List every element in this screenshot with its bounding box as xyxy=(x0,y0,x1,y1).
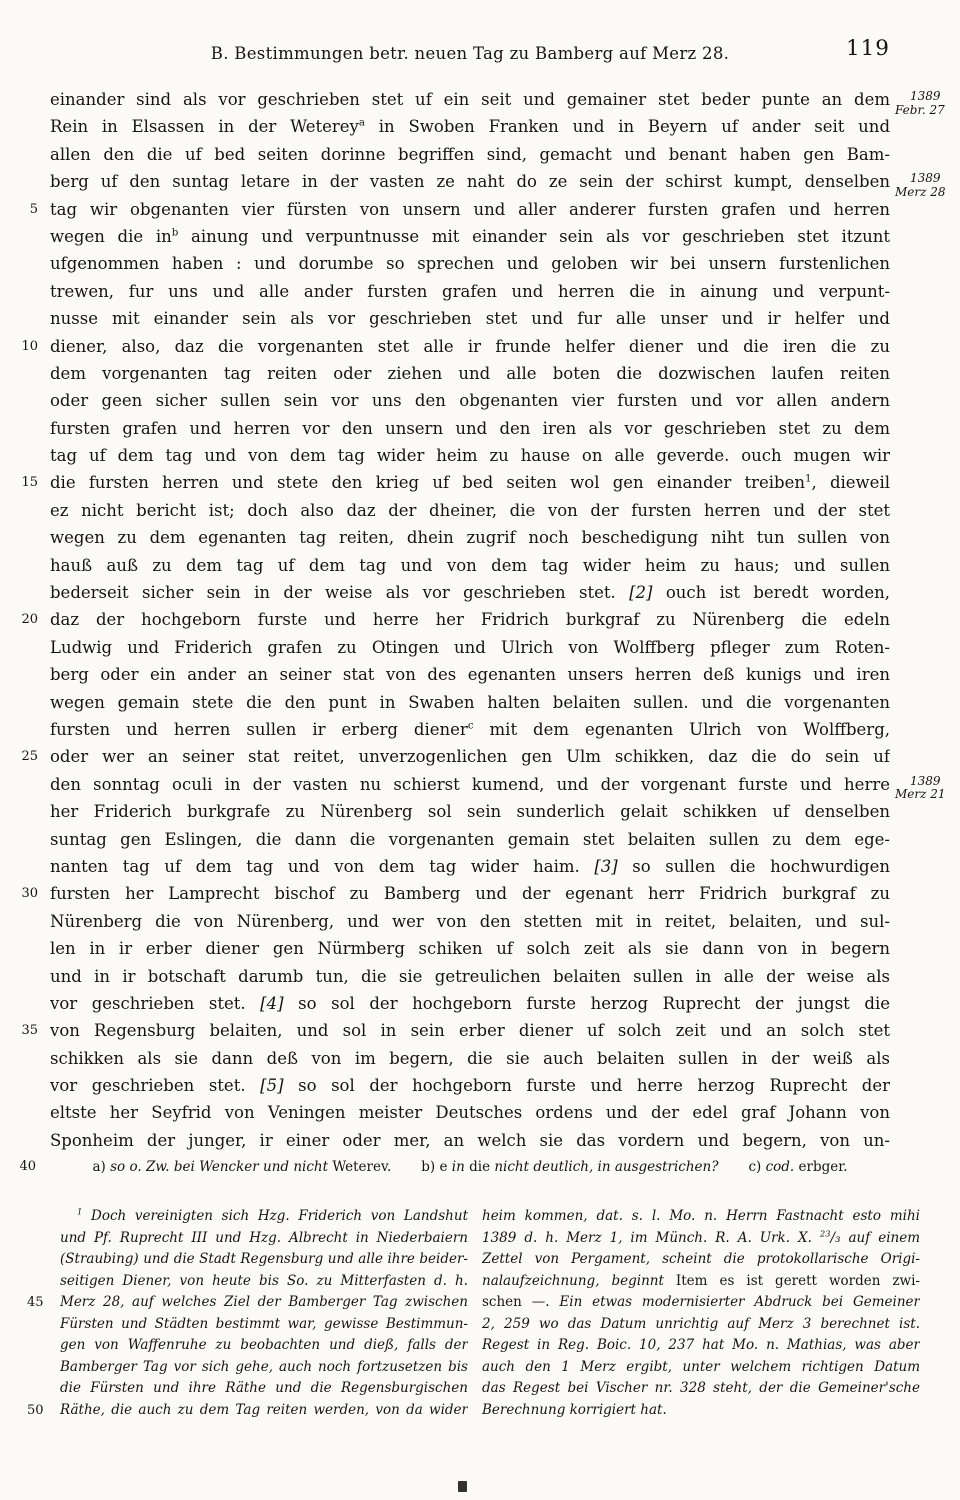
line-number xyxy=(0,360,50,387)
text-line-row: und in ir botschaft darumb tun, die sie … xyxy=(0,963,960,990)
line-number xyxy=(0,908,50,935)
text-line: und in ir botschaft darumb tun, die sie … xyxy=(50,963,890,990)
footnote-line: Merz 28, auf welches Ziel der Bamberger … xyxy=(60,1292,468,1314)
margin-date xyxy=(890,442,960,469)
text-line-row: Ludwig und Friderich grafen zu Otingen u… xyxy=(0,634,960,661)
line-number: 40 xyxy=(0,1157,50,1177)
margin-date xyxy=(890,278,960,305)
text-line: her Friderich burkgrafe zu Nürenberg sol… xyxy=(50,798,890,825)
text-line: berg oder ein ander an seiner stat von d… xyxy=(50,661,890,688)
scanned-book-page: B. Bestimmungen betr. neuen Tag zu Bambe… xyxy=(0,0,960,1500)
text-line: wegen gemain stete die den punt in Swabe… xyxy=(50,689,890,716)
line-number xyxy=(0,223,50,250)
text-line-row: vor geschrieben stet. [5] so sol der hoc… xyxy=(0,1072,960,1099)
footnote-column-left: 1 Doch vereinigten sich Hzg. Friderich v… xyxy=(60,1206,482,1421)
footnote-line: gen von Waffenruhe zu beobachten und die… xyxy=(60,1335,468,1357)
line-number: 15 xyxy=(0,469,50,496)
text-line: den sonntag oculi in der vasten nu schie… xyxy=(50,771,890,798)
apparatus-entry: c) cod. erbger. xyxy=(748,1157,847,1177)
footnote-line: Zettel von Pergament, scheint die protok… xyxy=(482,1249,920,1271)
margin-date-line: 1389 xyxy=(910,771,960,789)
line-number xyxy=(0,113,50,140)
text-line-row: 25oder wer an seiner stat reitet, unverz… xyxy=(0,743,960,770)
line-number: 50 xyxy=(27,1400,44,1422)
margin-date: 1389Merz 21 xyxy=(890,771,960,798)
apparatus-entry: b) e in die nicht deutlich, in ausgestri… xyxy=(421,1157,718,1177)
text-line-row: fursten grafen und herren vor den unsern… xyxy=(0,415,960,442)
text-line: hauß auß zu dem tag uf dem tag und von d… xyxy=(50,552,890,579)
line-number xyxy=(0,990,50,1017)
scan-artifact xyxy=(458,1481,467,1492)
line-number xyxy=(0,305,50,332)
footnote-line: 1 Doch vereinigten sich Hzg. Friderich v… xyxy=(60,1206,468,1228)
text-line-row: Sponheim der junger, ir einer oder mer, … xyxy=(0,1127,960,1154)
line-number: 5 xyxy=(0,196,50,223)
text-line: wegen zu dem egenanten tag reiten, dhein… xyxy=(50,524,890,551)
text-line: ufgenommen haben : und dorumbe so sprech… xyxy=(50,250,890,277)
footnote-line: 1389 d. h. Merz 1, im Münch. R. A. Urk. … xyxy=(482,1228,920,1250)
text-line-row: len in ir erber diener gen Nürmberg schi… xyxy=(0,935,960,962)
margin-date xyxy=(890,661,960,688)
line-number xyxy=(0,771,50,798)
line-number xyxy=(0,141,50,168)
margin-date xyxy=(890,141,960,168)
margin-spacer xyxy=(890,1157,960,1177)
text-line: trewen, fur uns und alle ander fursten g… xyxy=(50,278,890,305)
margin-date-line: 1389 xyxy=(910,86,960,104)
text-line-row: her Friderich burkgrafe zu Nürenberg sol… xyxy=(0,798,960,825)
text-line: oder wer an seiner stat reitet, unverzog… xyxy=(50,743,890,770)
line-number xyxy=(0,524,50,551)
line-number xyxy=(0,853,50,880)
line-number xyxy=(0,963,50,990)
line-number xyxy=(0,86,50,113)
margin-date xyxy=(890,250,960,277)
line-number xyxy=(0,689,50,716)
margin-date xyxy=(890,963,960,990)
page-header: B. Bestimmungen betr. neuen Tag zu Bambe… xyxy=(50,44,890,63)
text-line-row: berg oder ein ander an seiner stat von d… xyxy=(0,661,960,688)
line-number xyxy=(0,579,50,606)
margin-date-line: 1389 xyxy=(910,168,960,186)
footnote-line: auch den 1 Merz ergibt, unter welchem ri… xyxy=(482,1357,920,1379)
margin-date xyxy=(890,579,960,606)
text-line-row: wegen zu dem egenanten tag reiten, dhein… xyxy=(0,524,960,551)
footnote-line: (Straubing) und die Stadt Regensburg und… xyxy=(60,1249,468,1271)
apparatus-entry: a) so o. Zw. bei Wencker und nicht Weter… xyxy=(93,1157,392,1177)
running-title: B. Bestimmungen betr. neuen Tag zu Bambe… xyxy=(211,44,729,63)
line-number xyxy=(0,415,50,442)
text-line-row: einander sind als vor geschrieben stet u… xyxy=(0,86,960,113)
text-line: tag wir obgenanten vier fürsten von unse… xyxy=(50,196,890,223)
text-line: tag uf dem tag und von dem tag wider hei… xyxy=(50,442,890,469)
text-line: die fursten herren und stete den krieg u… xyxy=(50,469,890,496)
text-line: fursten und herren sullen ir erberg dien… xyxy=(50,716,890,743)
margin-date xyxy=(890,223,960,250)
margin-date xyxy=(890,524,960,551)
margin-date xyxy=(890,634,960,661)
text-line: allen den die uf bed seiten dorinne begr… xyxy=(50,141,890,168)
margin-date xyxy=(890,196,960,223)
margin-date xyxy=(890,1072,960,1099)
text-line: dem vorgenanten tag reiten oder ziehen u… xyxy=(50,360,890,387)
line-number xyxy=(0,387,50,414)
margin-date xyxy=(890,826,960,853)
margin-date: 1389Febr. 27 xyxy=(890,86,960,113)
text-line: wegen die inb ainung und verpuntnusse mi… xyxy=(50,223,890,250)
text-line-row: 5tag wir obgenanten vier fürsten von uns… xyxy=(0,196,960,223)
text-line-row: trewen, fur uns und alle ander fursten g… xyxy=(0,278,960,305)
text-line-row: eltste her Seyfrid von Veningen meister … xyxy=(0,1099,960,1126)
margin-date xyxy=(890,990,960,1017)
text-line-row: vor geschrieben stet. [4] so sol der hoc… xyxy=(0,990,960,1017)
line-number xyxy=(0,798,50,825)
text-line-row: Rein in Elsassen in der Wetereya in Swob… xyxy=(0,113,960,140)
margin-date xyxy=(890,387,960,414)
margin-date xyxy=(890,113,960,140)
margin-date xyxy=(890,1017,960,1044)
line-number xyxy=(0,1127,50,1154)
footnote-line: die Fürsten und ihre Räthe und die Regen… xyxy=(60,1378,468,1400)
footnote-line: heim kommen, dat. s. l. Mo. n. Herrn Fas… xyxy=(482,1206,920,1228)
text-line-row: hauß auß zu dem tag uf dem tag und von d… xyxy=(0,552,960,579)
text-line: Rein in Elsassen in der Wetereya in Swob… xyxy=(50,113,890,140)
margin-date xyxy=(890,333,960,360)
text-line-row: ez nicht bericht ist; doch also daz der … xyxy=(0,497,960,524)
text-line: Sponheim der junger, ir einer oder mer, … xyxy=(50,1127,890,1154)
margin-date xyxy=(890,415,960,442)
text-line-row: allen den die uf bed seiten dorinne begr… xyxy=(0,141,960,168)
line-number: 35 xyxy=(0,1017,50,1044)
line-number: 20 xyxy=(0,606,50,633)
footnote-column-right: heim kommen, dat. s. l. Mo. n. Herrn Fas… xyxy=(482,1206,920,1421)
footnote-line: nalaufzeichnung, beginnt Item es ist ger… xyxy=(482,1271,920,1293)
footnote-line: Regest in Reg. Boic. 10, 237 hat Mo. n. … xyxy=(482,1335,920,1357)
line-number xyxy=(0,497,50,524)
text-line-row: ufgenommen haben : und dorumbe so sprech… xyxy=(0,250,960,277)
margin-date xyxy=(890,798,960,825)
line-number: 45 xyxy=(27,1292,44,1314)
text-line: von Regensburg belaiten, und sol in sein… xyxy=(50,1017,890,1044)
line-number xyxy=(0,1099,50,1126)
margin-date xyxy=(890,935,960,962)
footnotes-block: 1 Doch vereinigten sich Hzg. Friderich v… xyxy=(60,1206,920,1421)
text-line: eltste her Seyfrid von Veningen meister … xyxy=(50,1099,890,1126)
text-line: len in ir erber diener gen Nürmberg schi… xyxy=(50,935,890,962)
text-line: einander sind als vor geschrieben stet u… xyxy=(50,86,890,113)
line-number xyxy=(0,1045,50,1072)
margin-date xyxy=(890,716,960,743)
footnote-line: seitigen Diener, von heute bis So. zu Mi… xyxy=(60,1271,468,1293)
text-line-row: wegen gemain stete die den punt in Swabe… xyxy=(0,689,960,716)
text-line-row: oder geen sicher sullen sein vor uns den… xyxy=(0,387,960,414)
page-number: 119 xyxy=(846,36,890,61)
text-line-row: nanten tag uf dem tag und von dem tag wi… xyxy=(0,853,960,880)
text-line: nanten tag uf dem tag und von dem tag wi… xyxy=(50,853,890,880)
text-line-row: wegen die inb ainung und verpuntnusse mi… xyxy=(0,223,960,250)
line-number: 10 xyxy=(0,333,50,360)
margin-date xyxy=(890,1045,960,1072)
text-line-row: fursten und herren sullen ir erberg dien… xyxy=(0,716,960,743)
line-number xyxy=(0,716,50,743)
footnote-line: Räthe, die auch zu dem Tag reiten werden… xyxy=(60,1400,468,1422)
margin-date xyxy=(890,1099,960,1126)
text-line-row: den sonntag oculi in der vasten nu schie… xyxy=(0,771,960,798)
text-line-row: 15die fursten herren und stete den krieg… xyxy=(0,469,960,496)
text-line-row: 20daz der hochgeborn furste und herre he… xyxy=(0,606,960,633)
text-line-row: suntag gen Eslingen, die dann die vorgen… xyxy=(0,826,960,853)
footnote-line: Bamberger Tag vor sich gehe, auch noch f… xyxy=(60,1357,468,1379)
text-line-row: 30fursten her Lamprecht bischof zu Bambe… xyxy=(0,880,960,907)
text-line: bederseit sicher sein in der weise als v… xyxy=(50,579,890,606)
text-line: daz der hochgeborn furste und herre her … xyxy=(50,606,890,633)
text-line-row: 35von Regensburg belaiten, und sol in se… xyxy=(0,1017,960,1044)
margin-date xyxy=(890,908,960,935)
margin-date xyxy=(890,305,960,332)
text-line-row: tag uf dem tag und von dem tag wider hei… xyxy=(0,442,960,469)
margin-date xyxy=(890,497,960,524)
text-line: fursten her Lamprecht bischof zu Bamberg… xyxy=(50,880,890,907)
margin-date xyxy=(890,1127,960,1154)
footnote-line: und Pf. Ruprecht III und Hzg. Albrecht i… xyxy=(60,1228,468,1250)
critical-apparatus-row: 40 a) so o. Zw. bei Wencker und nicht We… xyxy=(0,1157,960,1177)
margin-date xyxy=(890,689,960,716)
text-line: fursten grafen und herren vor den unsern… xyxy=(50,415,890,442)
text-line: suntag gen Eslingen, die dann die vorgen… xyxy=(50,826,890,853)
main-text-block: einander sind als vor geschrieben stet u… xyxy=(0,86,960,1154)
margin-date xyxy=(890,606,960,633)
text-line: berg uf den suntag letare in der vasten … xyxy=(50,168,890,195)
line-number: 25 xyxy=(0,743,50,770)
text-line: Ludwig und Friderich grafen zu Otingen u… xyxy=(50,634,890,661)
text-line: ez nicht bericht ist; doch also daz der … xyxy=(50,497,890,524)
text-line-row: schikken als sie dann deß von im begern,… xyxy=(0,1045,960,1072)
line-number xyxy=(0,442,50,469)
margin-date: 1389Merz 28 xyxy=(890,168,960,195)
footnote-line: Fürsten und Städten bestimmt war, gewiss… xyxy=(60,1314,468,1336)
margin-date xyxy=(890,552,960,579)
critical-apparatus: a) so o. Zw. bei Wencker und nicht Weter… xyxy=(50,1157,890,1177)
margin-date xyxy=(890,469,960,496)
line-number xyxy=(0,634,50,661)
text-line: diener, also, daz die vorgenanten stet a… xyxy=(50,333,890,360)
line-number xyxy=(0,278,50,305)
text-line-row: bederseit sicher sein in der weise als v… xyxy=(0,579,960,606)
text-line-row: dem vorgenanten tag reiten oder ziehen u… xyxy=(0,360,960,387)
text-line-row: Nürenberg die von Nürenberg, und wer von… xyxy=(0,908,960,935)
footnote-line: schen —. Ein etwas modernisierter Abdruc… xyxy=(482,1292,920,1314)
footnote-line-numbers: 4550 xyxy=(0,1206,50,1426)
margin-date xyxy=(890,743,960,770)
text-line-row: berg uf den suntag letare in der vasten … xyxy=(0,168,960,195)
margin-date xyxy=(890,880,960,907)
line-number xyxy=(0,250,50,277)
footnote-line: Berechnung korrigiert hat. xyxy=(482,1400,920,1422)
footnote-line: das Regest bei Vischer nr. 328 steht, de… xyxy=(482,1378,920,1400)
line-number xyxy=(0,935,50,962)
text-line: vor geschrieben stet. [4] so sol der hoc… xyxy=(50,990,890,1017)
text-line: oder geen sicher sullen sein vor uns den… xyxy=(50,387,890,414)
text-line: schikken als sie dann deß von im begern,… xyxy=(50,1045,890,1072)
line-number xyxy=(0,1072,50,1099)
line-number xyxy=(0,168,50,195)
line-number xyxy=(0,661,50,688)
text-line-row: 10diener, also, daz die vorgenanten stet… xyxy=(0,333,960,360)
line-number: 30 xyxy=(0,880,50,907)
text-line: nusse mit einander sein als vor geschrie… xyxy=(50,305,890,332)
margin-date xyxy=(890,360,960,387)
text-line-row: nusse mit einander sein als vor geschrie… xyxy=(0,305,960,332)
footnote-line: 2, 259 wo das Datum unrichtig auf Merz 3… xyxy=(482,1314,920,1336)
line-number xyxy=(0,552,50,579)
line-number xyxy=(0,826,50,853)
text-line: Nürenberg die von Nürenberg, und wer von… xyxy=(50,908,890,935)
text-line: vor geschrieben stet. [5] so sol der hoc… xyxy=(50,1072,890,1099)
margin-date xyxy=(890,853,960,880)
